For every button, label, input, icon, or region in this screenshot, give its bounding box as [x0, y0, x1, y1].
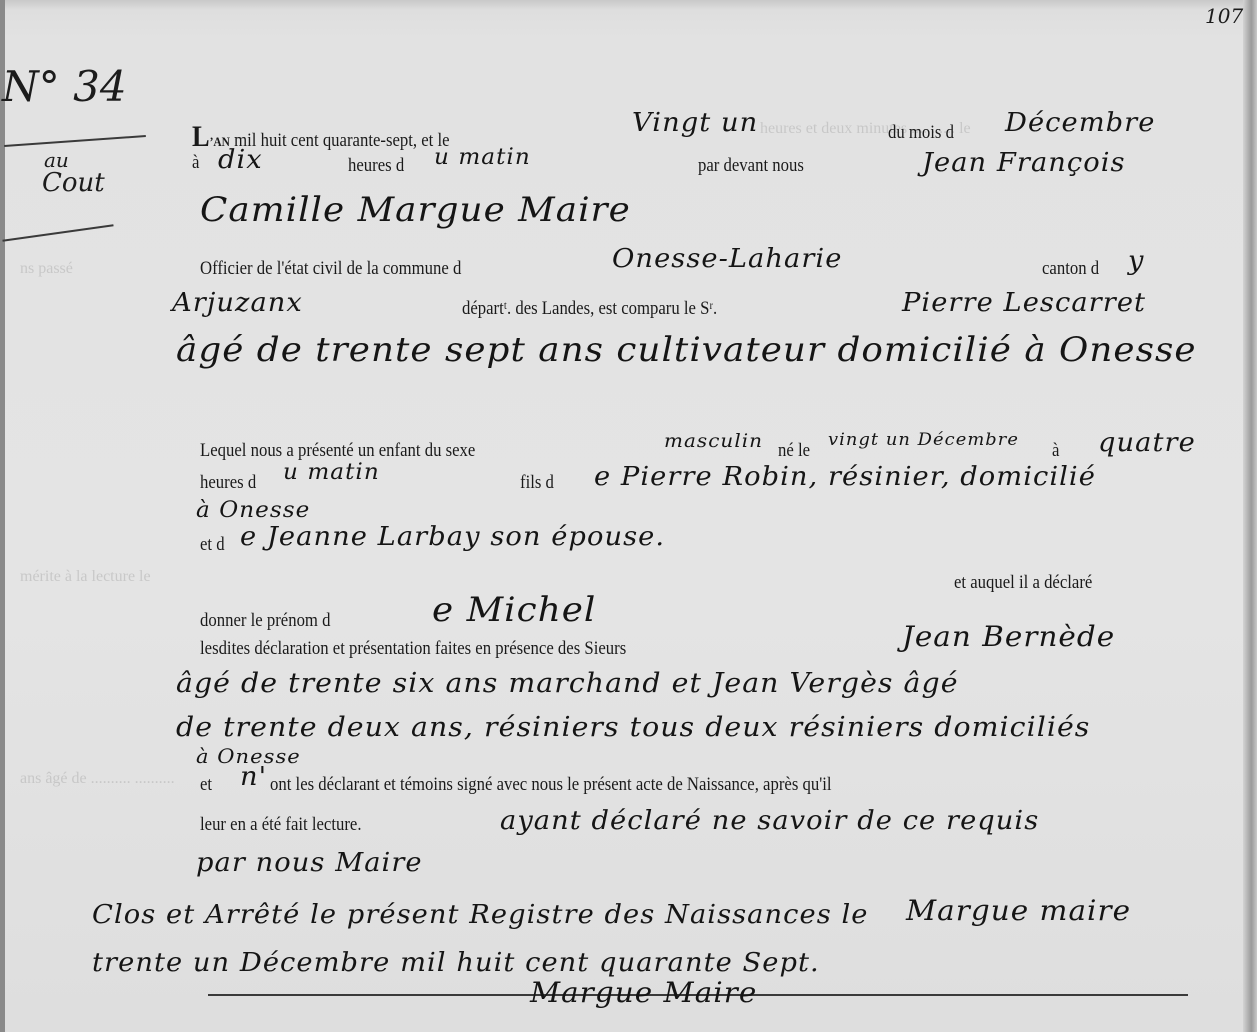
record-number: N° 34 [2, 62, 127, 111]
form-devant: par devant nous [698, 155, 804, 177]
page-number: 107 [1205, 4, 1243, 28]
hw-after-reading: ayant déclaré ne savoir de ce requis [500, 806, 1039, 836]
form-etd: et d [200, 534, 225, 556]
hw-signature-1: Margue maire [906, 894, 1131, 927]
page-edge-left [0, 0, 5, 1032]
hw-hour: dix [218, 145, 263, 175]
form-fils: fils d [520, 472, 554, 494]
margin-note-cout: Cout [42, 168, 105, 198]
bleed-through-text: ans âgé de .......... .......... [20, 770, 175, 788]
hw-birth-time: u matin [283, 460, 380, 485]
hw-witness-line-2: de trente deux ans, résiniers tous deux … [176, 712, 1090, 743]
hw-officer-1: Jean François [922, 148, 1126, 178]
form-mois: du mois d [888, 122, 954, 144]
form-signature-clause: ont les déclarant et témoins signé avec … [270, 774, 832, 796]
form-donner: donner le prénom d [200, 610, 330, 632]
margin-rule [4, 135, 146, 147]
hw-commune: Onesse-Laharie [612, 244, 842, 274]
hw-birth-date: vingt un Décembre [828, 430, 1019, 450]
margin-rule [2, 224, 113, 242]
form-lequel: Lequel nous a présenté un enfant du sexe [200, 440, 475, 462]
form-heures-2: heures d [200, 472, 256, 494]
hw-witness-line-1: âgé de trente six ans marchand et Jean V… [176, 668, 959, 699]
hw-witness-1: Jean Bernède [902, 620, 1115, 653]
bleed-through-text: ns passé [20, 260, 73, 278]
hw-by-mayor: par nous Maire [196, 848, 423, 878]
form-lesdites: lesdites déclaration et présentation fai… [200, 638, 626, 660]
hw-mother: e Jeanne Larbay son épouse. [240, 522, 665, 552]
hw-declarant-details: âgé de trente sept ans cultivateur domic… [176, 330, 1197, 370]
hw-declarant: Pierre Lescarret [902, 288, 1146, 318]
page-edge-right [1243, 0, 1257, 1032]
hw-month: Décembre [1005, 108, 1155, 138]
hw-day: Vingt un [632, 108, 758, 138]
hw-canton: y [1128, 246, 1144, 276]
hw-father: e Pierre Robin, résinier, domicilié [594, 462, 1096, 492]
dropcap: L [192, 120, 210, 153]
form-a: à [192, 152, 199, 174]
hw-closing-line-1: Clos et Arrêté le présent Registre des N… [92, 900, 868, 930]
form-auquel: et auquel il a déclaré [954, 572, 1092, 594]
form-ne: né le [778, 440, 810, 462]
form-depart: départᵗ. des Landes, est comparu le Sʳ. [462, 298, 717, 320]
hw-officer-2: Camille Margue Maire [200, 190, 631, 230]
bleed-through-text: mérite à la lecture le [20, 568, 151, 586]
form-et: et [200, 774, 212, 796]
hw-birth-hour: quatre [1098, 428, 1196, 458]
form-heures: heures d [348, 155, 404, 177]
hw-signature-2: Margue Maire [530, 976, 757, 1009]
form-officier: Officier de l'état civil de la commune d [200, 258, 461, 280]
hw-given-name: e Michel [432, 590, 596, 630]
hw-sex: masculin [664, 430, 763, 452]
form-canton: canton d [1042, 258, 1099, 280]
document-page: heures et deux minutes ........... le ns… [0, 0, 1257, 1032]
hw-signed-mark: n' [240, 762, 267, 792]
form-leur: leur en a été fait lecture. [200, 814, 362, 836]
hw-canton-name: Arjuzanx [172, 288, 303, 318]
hw-father-place: à Onesse [196, 498, 310, 523]
hw-time: u matin [434, 145, 531, 170]
form-a-2: à [1052, 440, 1059, 462]
hw-closing-line-2: trente un Décembre mil huit cent quarant… [92, 948, 820, 978]
